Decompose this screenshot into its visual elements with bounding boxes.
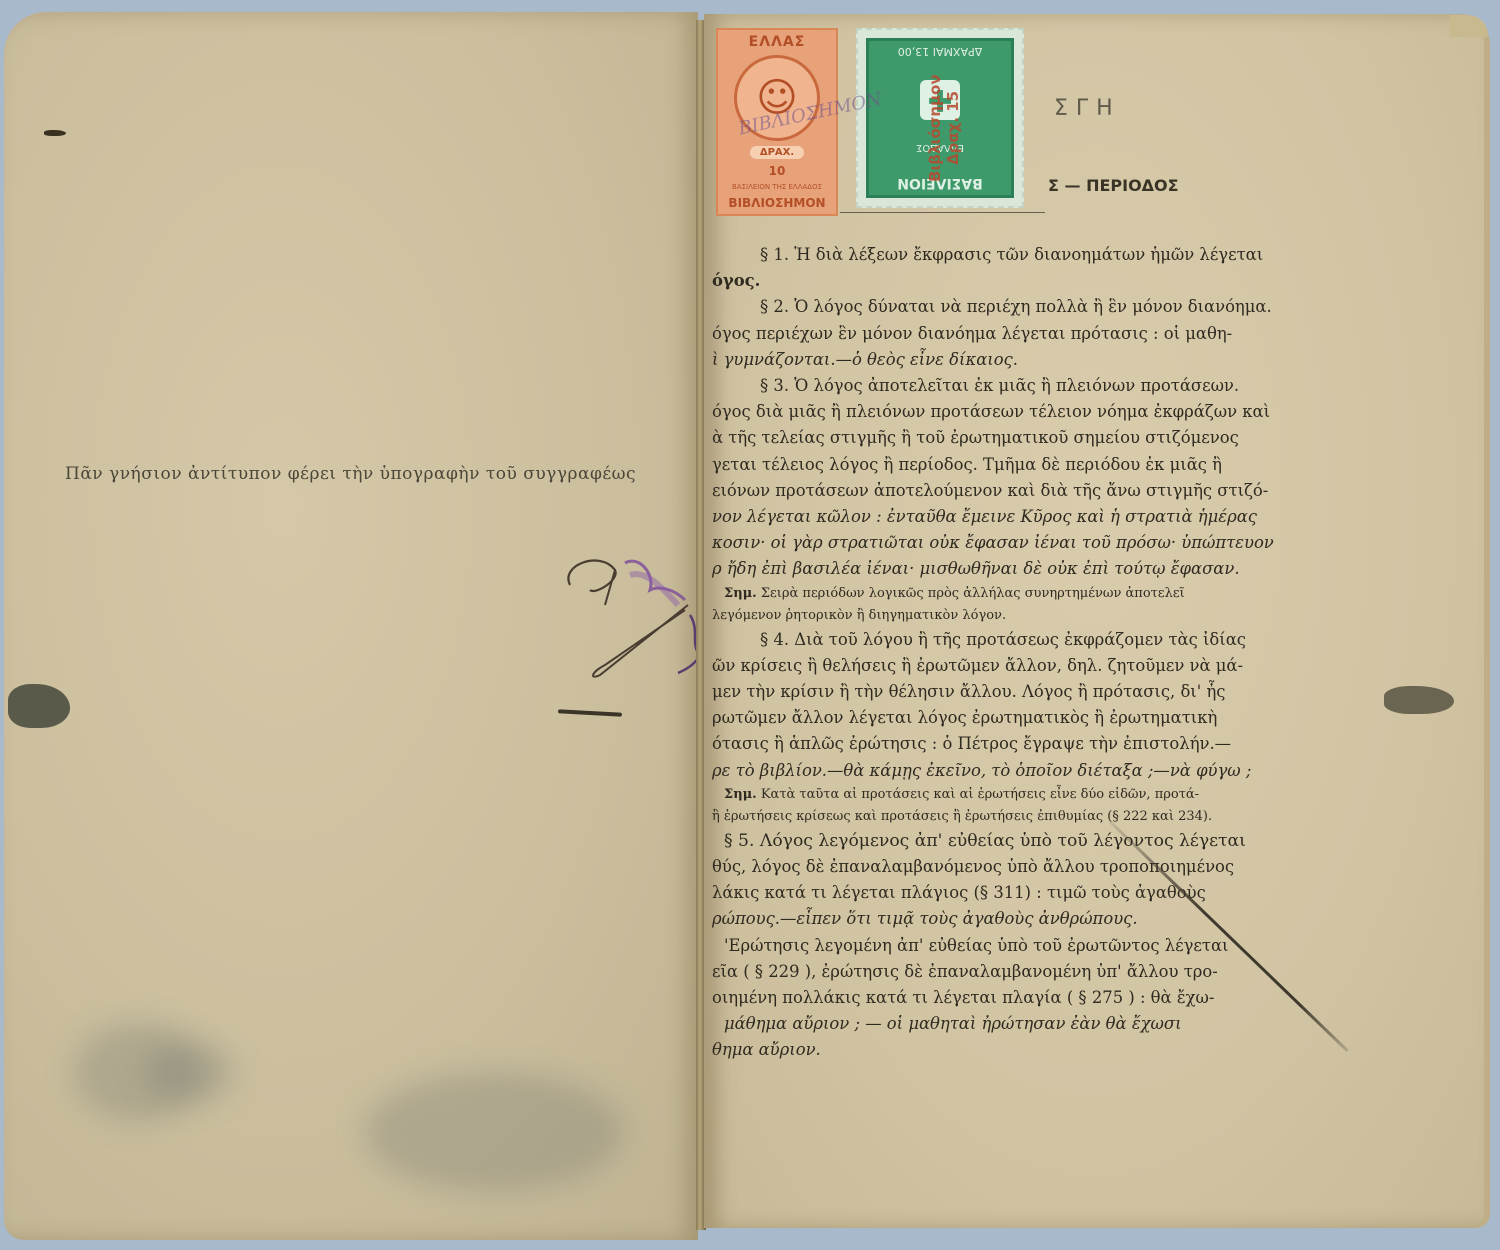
chapter-title: Σ — ΠΕΡΙΟΔΟΣ	[1048, 176, 1179, 195]
revenue-stamps: ΕΛΛΑΣ ☺ ΔΡΑΧ. 10 ΒΑΣΙΛΕΙΟΝ ΤΗΣ ΕΛΛΑΔΟΣ Β…	[716, 28, 1046, 216]
text-line: θύς, λόγος δὲ ἐπαναλαμβανόμενος ὑπὸ ἄλλο…	[712, 854, 1312, 880]
text-line: ῶν κρίσεις ἢ θελήσεις ἢ ἐρωτῶμεν ἄλλον, …	[712, 653, 1312, 679]
text-line: § 2. Ὁ λόγος δύναται νὰ περιέχη πολλὰ ἢ …	[712, 294, 1312, 320]
text-line: λάκις κατά τι λέγεται πλάγιος (§ 311) : …	[712, 880, 1312, 906]
authenticity-note: Πᾶν γνήσιον ἀντίτυπον φέρει τὴν ὑπογραφὴ…	[65, 464, 705, 484]
note-line: λεγόμενον ῥητορικὸν ἢ διηγηματικὸν λόγον…	[712, 605, 1312, 627]
page-header-partial: ΣΓΗ	[1054, 96, 1121, 121]
text-line: § 1. Ἡ διὰ λέξεων ἔκφρασις τῶν διανοημάτ…	[712, 242, 1312, 268]
text-line: ρ ἤδη ἐπὶ βασιλέα ἰέναι· μισθωθῆναι δὲ ο…	[712, 556, 1312, 582]
author-signature	[560, 545, 710, 685]
note-line: Σημ. Σειρὰ περιόδων λογικῶς πρὸς ἀλλήλας…	[712, 583, 1312, 605]
paper-damage	[8, 684, 70, 728]
text-line: ειόνων προτάσεων ἀποτελούμενον καὶ διὰ τ…	[712, 478, 1312, 504]
text-line: ὶ γυμνάζονται.—ὁ θεὸς εἶνε δίκαιος.	[712, 347, 1312, 373]
text-line: νον λέγεται κῶλον : ἐνταῦθα ἔμεινε Κῦρος…	[712, 504, 1312, 530]
note-line: Σημ. Κατὰ ταῦτα αἱ προτάσεις καὶ αἱ ἐρωτ…	[712, 784, 1312, 806]
stamp-country: ΕΛΛΑΣ	[749, 34, 806, 50]
note-line: ἢ ἐρωτήσεις κρίσεως καὶ προτάσεις ἢ ἐρωτ…	[712, 806, 1312, 828]
note-label: Σημ.	[724, 586, 757, 601]
water-stain	[364, 1072, 624, 1192]
open-book: Πᾶν γνήσιον ἀντίτυπον φέρει τὴν ὑπογραφὴ…	[0, 0, 1500, 1250]
text-line: § 3. Ὁ λόγος ἀποτελεῖται ἐκ μιᾶς ἢ πλειό…	[712, 373, 1312, 399]
text-line: θημα αὔριον.	[712, 1037, 1312, 1063]
body-text: § 1. Ἡ διὰ λέξεων ἔκφρασις τῶν διανοημάτ…	[712, 242, 1312, 1064]
text-line: όγος.	[712, 268, 1312, 294]
text-line: κοσιν· οἱ γὰρ στρατιῶται οὐκ ἔφασαν ἰένα…	[712, 530, 1312, 556]
text-line: γεται τέλειος λόγος ἢ περίοδος. Τμῆμα δὲ…	[712, 452, 1312, 478]
note-text: Κατὰ ταῦτα αἱ προτάσεις καὶ αἱ ἐρωτήσεις…	[761, 787, 1199, 802]
text-line: εῖα ( § 229 ), ἐρώτησις δὲ ἐπαναλαμβανομ…	[712, 959, 1312, 985]
note-text: Σειρὰ περιόδων λογικῶς πρὸς ἀλλήλας συνη…	[761, 586, 1185, 601]
paper-damage	[1384, 686, 1454, 714]
text-line: μεν τὴν κρίσιν ἢ τὴν θέλησιν ἄλλου. Λόγο…	[712, 679, 1312, 705]
paper-mark	[44, 130, 66, 136]
text-line: 'Ερώτησις λεγομένη ἀπ' εὐθείας ὑπὸ τοῦ ἐ…	[712, 933, 1312, 959]
text-line: όγος διὰ μιᾶς ἢ πλειόνων προτάσεων τέλει…	[712, 399, 1312, 425]
stamp-value-text: ΔΡΑΧΜΑΙ 13,00	[898, 41, 982, 58]
text-line: § 4. Διὰ τοῦ λόγου ἢ τῆς προτάσεως ἐκφρά…	[712, 627, 1312, 653]
header-rule	[840, 212, 1045, 213]
note-label: Σημ.	[724, 787, 757, 802]
text-line: όγος περιέχων ἓν μόνον διανόημα λέγεται …	[712, 321, 1312, 347]
text-line: § 5. Λόγος λεγόμενος ἀπ' εὐθείας ὑπὸ τοῦ…	[712, 828, 1312, 854]
water-stain	[144, 1042, 234, 1102]
text-line: ότασις ἢ ἁπλῶς ἐρώτησις : ὁ Πέτρος ἔγραψ…	[712, 731, 1312, 757]
text-line: ὰ τῆς τελείας στιγμῆς ἢ τοῦ ἐρωτηματικοῦ…	[712, 425, 1312, 451]
text-line: μάθημα αὔριον ; — οἱ μαθηταὶ ἠρώτησαν ἐὰ…	[712, 1011, 1312, 1037]
text-line: οιημένη πολλάκις κατά τι λέγεται πλαγία …	[712, 985, 1312, 1011]
text-line: ρε τὸ βιβλίον.—θὰ κάμῃς ἐκεῖνο, τὸ ὁποῖο…	[712, 758, 1312, 784]
folded-corner	[1450, 15, 1488, 37]
text-line: ρωτῶμεν ἄλλον λέγεται λόγος ἐρωτηματικὸς…	[712, 705, 1312, 731]
